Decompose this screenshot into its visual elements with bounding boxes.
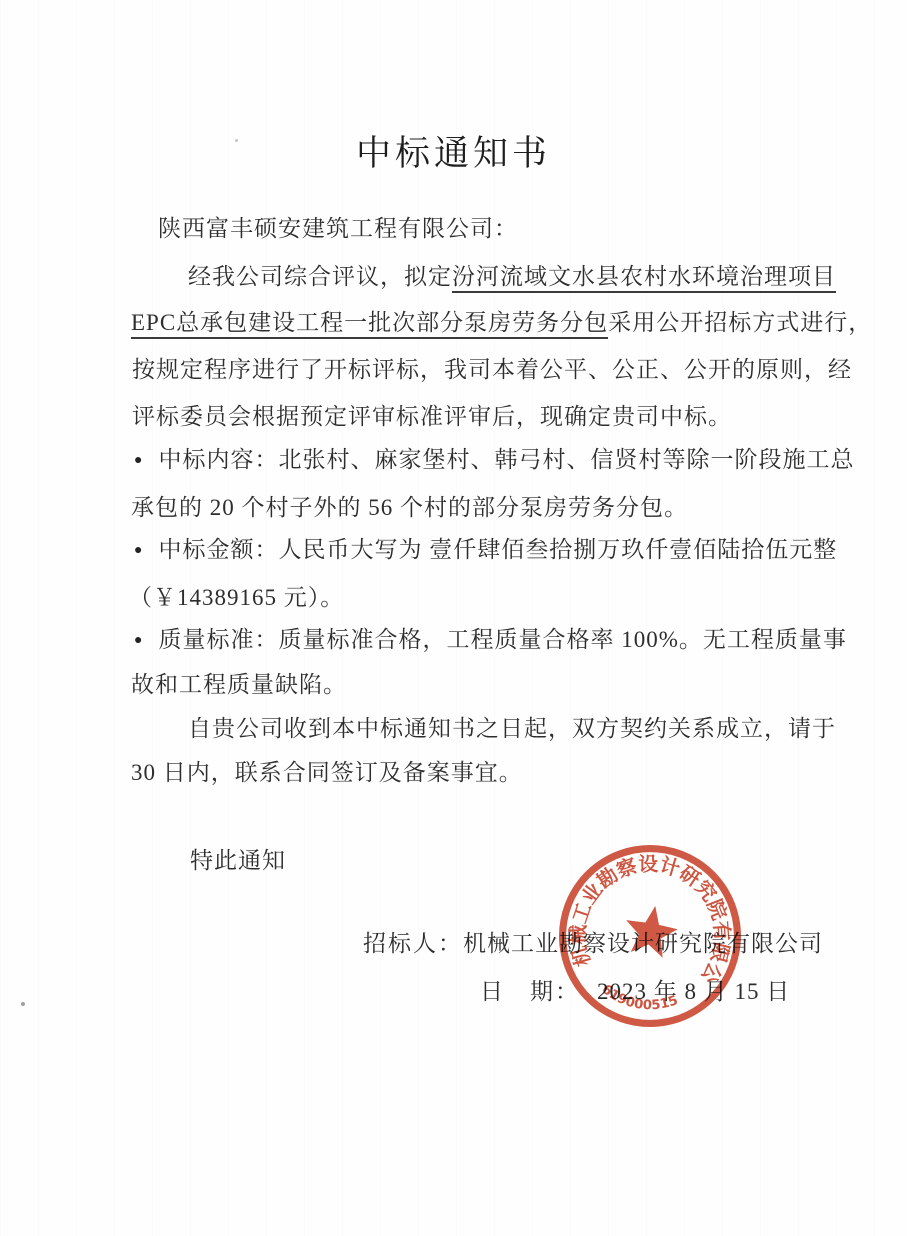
project-name-part1: 汾河流域文水县农村水环境治理项目 (452, 264, 836, 293)
scan-speck (21, 1002, 25, 1006)
bullet-icon: ● (134, 543, 143, 558)
paragraph1-line1: 经我公司综合评议，拟定汾河流域文水县农村水环境治理项目 (188, 265, 836, 288)
bullet-item3-line1: ●质量标准：质量标准合格，工程质量合格率 100%。无工程质量事 (134, 628, 847, 651)
scan-speck (235, 139, 238, 142)
paragraph1-line4: 评标委员会根据预定评审标准评审后，现确定贵司中标。 (132, 405, 732, 428)
paragraph1-line2-tail: 采用公开招标方式进行， (608, 310, 872, 335)
bullet-item3-line2: 故和工程质量缺陷。 (131, 673, 347, 696)
official-seal: 机械工业勘察设计研究院有限公司 61900051551 (509, 795, 792, 1078)
bullet-item1-line2: 承包的 20 个村子外的 56 个村的部分泵房劳务分包。 (131, 496, 688, 519)
document-title: 中标通知书 (0, 126, 907, 176)
seal-arc-text: 机械工业勘察设计研究院有限公司 (512, 795, 756, 996)
closing-notice: 特此通知 (190, 849, 286, 872)
award-content-text: 中标内容：北张村、麻家堡村、韩弓村、信贤村等除一阶段施工总 (158, 447, 854, 472)
quality-standard-text: 质量标准：质量标准合格，工程质量合格率 100%。无工程质量事 (158, 627, 846, 652)
addressee-line: 陕西富丰硕安建筑工程有限公司： (158, 217, 518, 240)
paragraph1-line1-lead: 经我公司综合评议，拟定 (188, 264, 452, 289)
project-name-part2: EPC总承包建设工程一批次部分泵房劳务分包 (131, 310, 608, 339)
paragraph1-line2: EPC总承包建设工程一批次部分泵房劳务分包采用公开招标方式进行， (131, 311, 872, 334)
paragraph2-line2: 30 日内，联系合同签订及备案事宜。 (131, 761, 523, 784)
bullet-item2-line2: （￥14389165 元）。 (129, 586, 344, 609)
bullet-icon: ● (134, 633, 143, 648)
paragraph1-line3: 按规定程序进行了开标评标，我司本着公平、公正、公开的原则，经 (132, 358, 852, 381)
bullet-item1-line1: ●中标内容：北张村、麻家堡村、韩弓村、信贤村等除一阶段施工总 (134, 448, 854, 471)
paragraph2-line1: 自贵公司收到本中标通知书之日起，双方契约关系成立，请于 (188, 717, 836, 740)
award-amount-text: 中标金额：人民币大写为 壹仟肆佰叁拾捌万玖仟壹佰陆拾伍元整 (158, 537, 837, 562)
bullet-icon: ● (134, 453, 143, 468)
issuer-label: 招标人： (363, 931, 463, 956)
document-page: 中标通知书 陕西富丰硕安建筑工程有限公司： 经我公司综合评议，拟定汾河流域文水县… (0, 0, 907, 1236)
bullet-item2-line1: ●中标金额：人民币大写为 壹仟肆佰叁拾捌万玖仟壹佰陆拾伍元整 (134, 538, 837, 561)
seal-star-icon (621, 901, 681, 959)
seal-serial-number: 61900051551 (512, 795, 714, 1020)
